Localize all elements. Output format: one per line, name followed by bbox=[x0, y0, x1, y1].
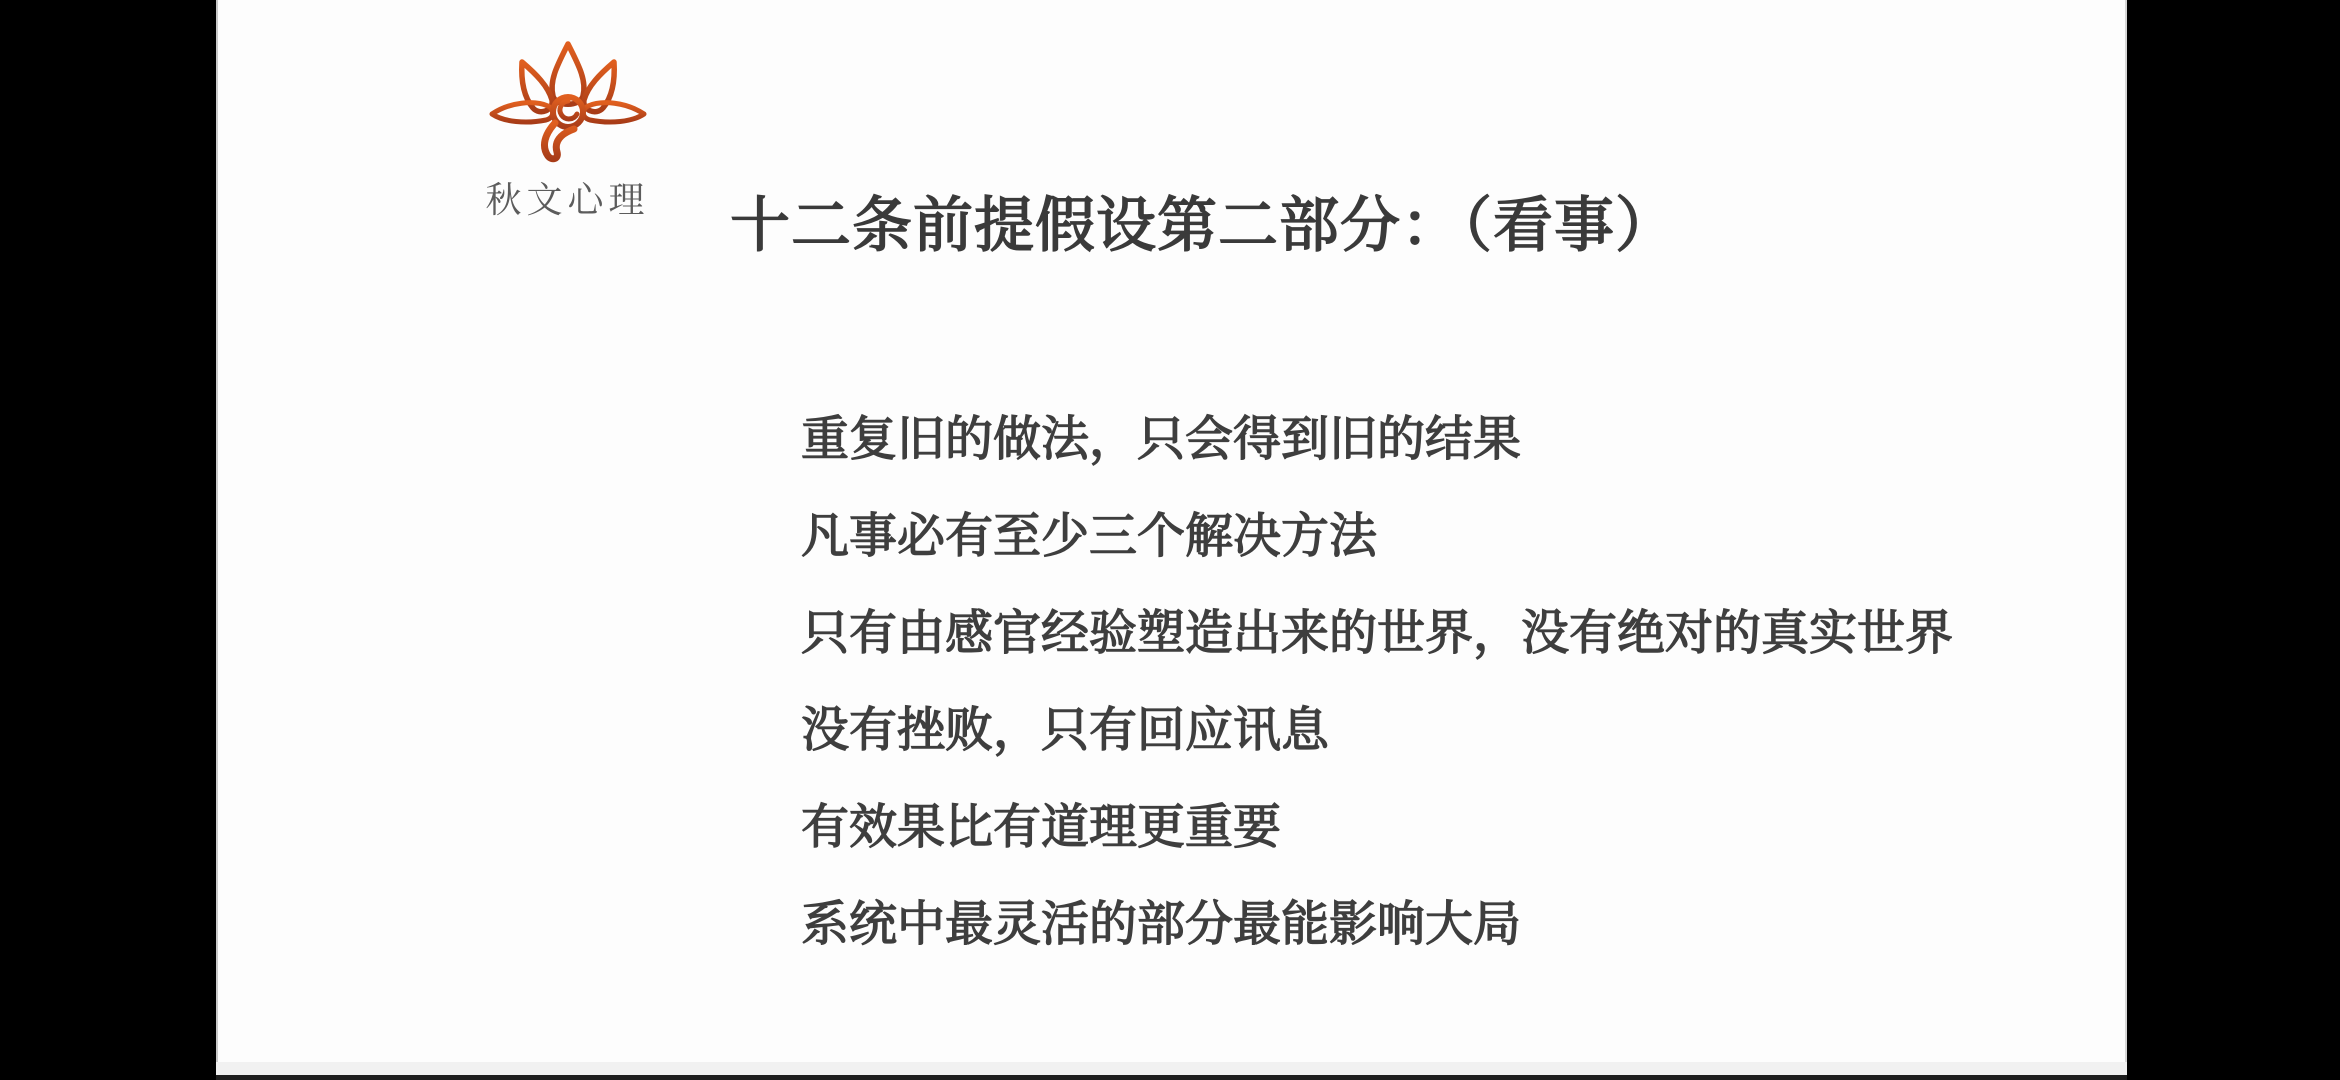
slide-title: 十二条前提假设第二部分：（看事） bbox=[730, 178, 1676, 264]
bottom-fade-band bbox=[216, 1062, 2127, 1075]
list-item: 没有挫败，只有回应讯息 bbox=[801, 682, 1953, 779]
list-item: 有效果比有道理更重要 bbox=[801, 779, 1953, 876]
list-item: 只有由感官经验塑造出来的世界，没有绝对的真实世界 bbox=[801, 585, 1953, 682]
list-item: 重复旧的做法，只会得到旧的结果 bbox=[801, 391, 1953, 488]
list-item: 凡事必有至少三个解决方法 bbox=[801, 488, 1953, 585]
list-item: 系统中最灵活的部分最能影响大局 bbox=[801, 876, 1953, 973]
lotus-flower-icon bbox=[488, 38, 648, 168]
brand-name: 秋文心理 bbox=[480, 172, 655, 223]
bottom-edge-strip bbox=[216, 1075, 2127, 1080]
brand-logo: 秋文心理 bbox=[480, 38, 655, 223]
slide-canvas: 秋文心理 十二条前提假设第二部分：（看事） 重复旧的做法，只会得到旧的结果 凡事… bbox=[216, 0, 2127, 1080]
assumption-list: 重复旧的做法，只会得到旧的结果 凡事必有至少三个解决方法 只有由感官经验塑造出来… bbox=[801, 391, 1953, 973]
